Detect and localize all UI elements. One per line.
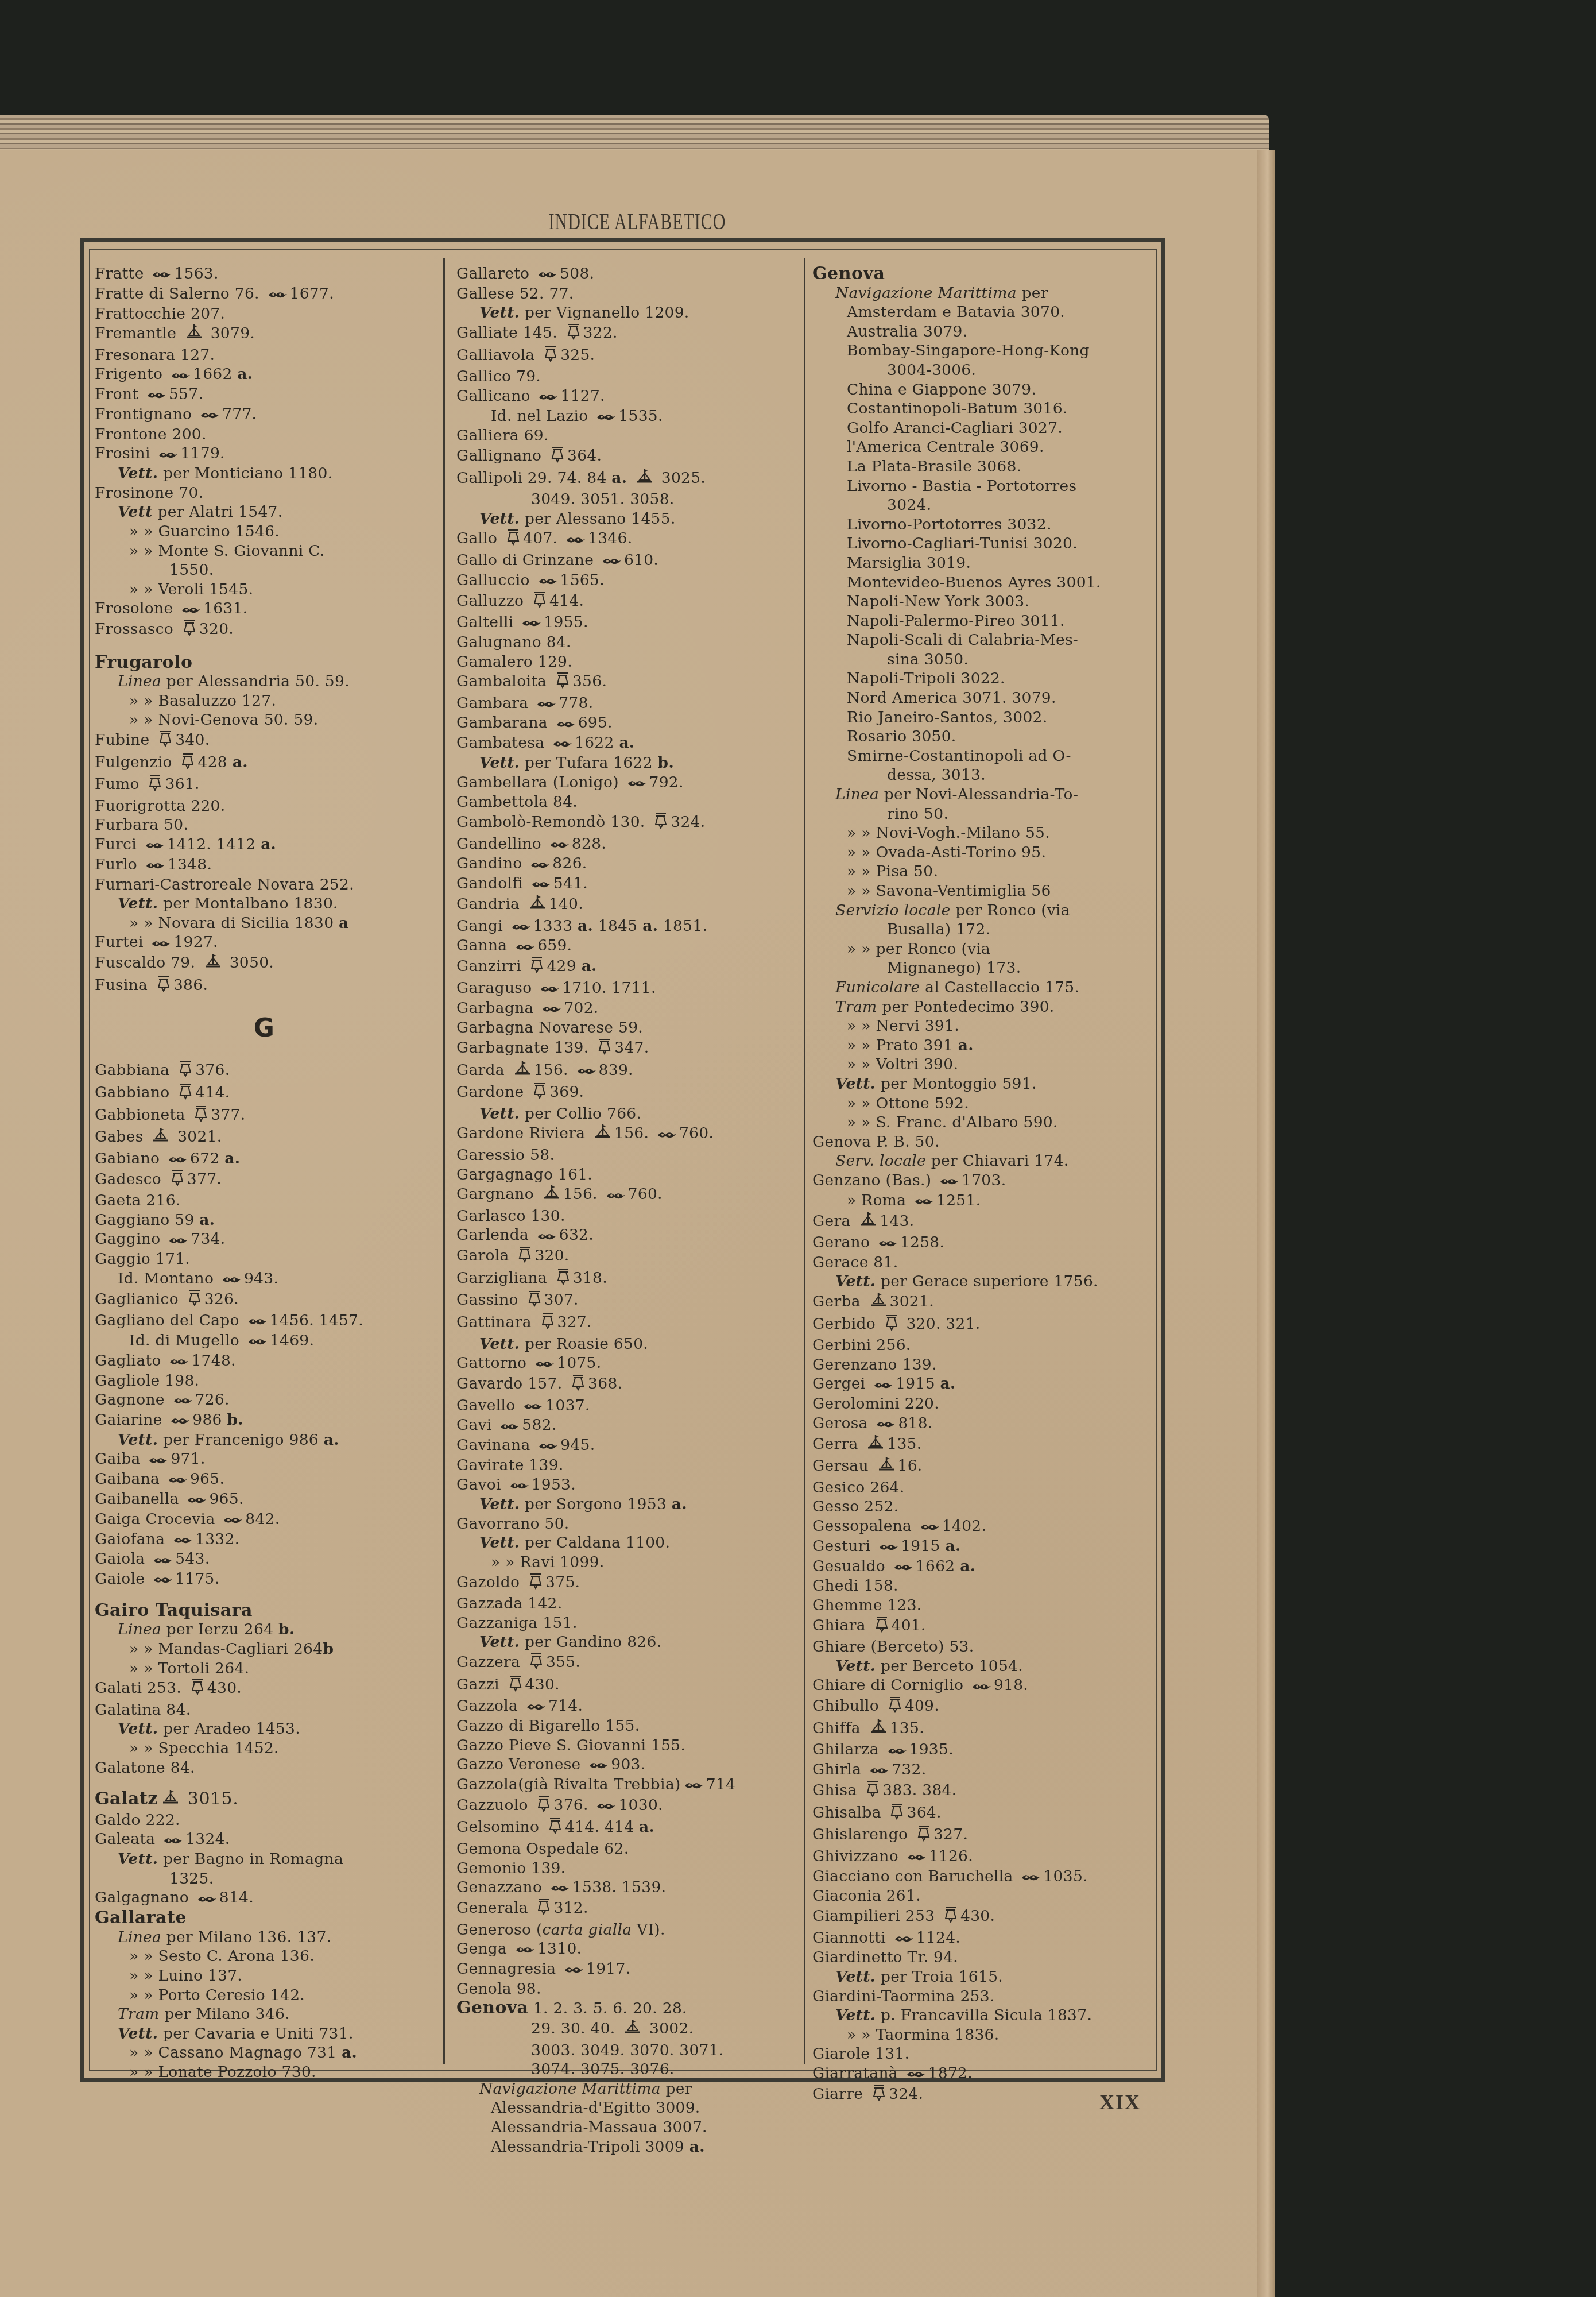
index-entry: Genova 1. 2. 3. 5. 6. 20. 28. — [456, 1998, 795, 2018]
entry-text: Smirne-Costantinopoli ad O- — [847, 747, 1071, 765]
entry-text: » » Voltri 390. — [847, 1055, 958, 1073]
index-subentry: » » Cassano Magnago 731 a. — [95, 2043, 433, 2063]
entry-text: Gattorno — [456, 1354, 532, 1372]
steamer-icon — [161, 1789, 180, 1811]
index-entry: Garzigliana 318. — [456, 1268, 795, 1290]
tram-icon — [170, 1169, 185, 1192]
index-entry: Gerolomini 220. — [812, 1394, 1151, 1414]
carriage-icon — [516, 1940, 535, 1959]
tram-icon — [653, 812, 668, 834]
entry-text: 1631. — [203, 600, 247, 617]
entry-text: per Gandino 826. — [520, 1633, 661, 1651]
index-entry: Gazoldo 375. — [456, 1572, 795, 1595]
tram-icon — [566, 323, 581, 345]
entry-text: Napoli-Palermo-Pireo 3011. — [847, 612, 1065, 630]
index-subentry: 1550. — [95, 560, 433, 580]
tram-icon — [178, 1082, 193, 1105]
index-entry: Garbagnate 139. 347. — [456, 1038, 795, 1060]
entry-text: 3024. — [887, 496, 931, 514]
carriage-icon — [248, 1332, 268, 1351]
entry-text: per Alessano 1455. — [520, 510, 675, 528]
entry-text: a. — [261, 836, 276, 853]
carriage-icon — [171, 366, 191, 385]
entry-text: a — [339, 914, 348, 932]
entry-text: Gallo — [456, 530, 502, 548]
steamer-icon — [877, 1456, 896, 1478]
entry-text: 324. — [889, 2085, 923, 2103]
entry-text: Frossasco — [95, 620, 179, 638]
entry-text: Galgagnano — [95, 1889, 194, 1907]
entry-text: Giaconia 261. — [812, 1887, 921, 1905]
index-entry: Gazzo Veronese 903. — [456, 1755, 795, 1775]
index-entry: Frossasco 320. — [95, 619, 433, 641]
entry-text: Gesturi — [812, 1537, 876, 1555]
tram-icon — [540, 1312, 555, 1335]
index-entry: Galeata 1324. — [95, 1830, 433, 1850]
index-entry: Furbara 50. — [95, 815, 433, 835]
entry-text: Frontignano — [95, 405, 197, 423]
entry-text: Gavirate 139. — [456, 1456, 564, 1474]
index-entry: Gazzola 714. — [456, 1696, 795, 1716]
entry-text: Galati 253. — [95, 1680, 187, 1697]
carriage-icon — [915, 1192, 934, 1211]
index-subentry: Navigazione Marittima per — [812, 284, 1151, 303]
entry-text: 1851. — [658, 917, 707, 935]
entry-text: 1332. — [195, 1530, 239, 1548]
index-entry: Gerenzano 139. — [812, 1355, 1151, 1375]
entry-text: 582. — [522, 1416, 556, 1434]
entry-text: Rio Janeiro-Santos, 3002. — [847, 709, 1047, 726]
entry-text: 347. — [614, 1039, 649, 1057]
carriage-icon — [526, 1697, 546, 1716]
entry-text: Ghirla — [812, 1761, 866, 1778]
entry-text: 839. — [599, 1061, 633, 1079]
index-entry: Genzano (Bas.) 1703. — [812, 1171, 1151, 1191]
entry-text: Id. nel Lazio — [491, 407, 593, 425]
entry-text: 778. — [559, 694, 593, 712]
entry-text: b — [323, 1640, 334, 1658]
entry-text: Garbagnate 139. — [456, 1039, 594, 1057]
entry-text: Gandolfi — [456, 875, 528, 892]
entry-text: 1. 2. 3. 5. 6. 20. 28. — [528, 2000, 687, 2017]
index-entry: Fulgenzio 428 a. — [95, 752, 433, 775]
index-subentry: » » Nervi 391. — [812, 1016, 1151, 1036]
entry-text: per Pontedecimo 390. — [877, 998, 1054, 1016]
entry-text: Galatz — [95, 1789, 158, 1809]
index-subentry: » » Specchia 1452. — [95, 1739, 433, 1758]
entry-text: 1348. — [168, 856, 212, 873]
index-subentry: Linea per Novi-Alessandria-To- — [812, 785, 1151, 805]
entry-text: » » Taormina 1836. — [847, 2026, 999, 2044]
index-entry: Gallicano 1127. — [456, 386, 795, 407]
entry-text: 1915 — [896, 1375, 940, 1393]
entry-text: 1412. 1412 — [167, 836, 261, 853]
entry-text: Vett. — [118, 1431, 158, 1449]
entry-text: 1662 — [193, 365, 237, 383]
index-subentry: 3003. 3049. 3070. 3071. — [456, 2041, 795, 2060]
entry-text: » » Ottone 592. — [847, 1095, 969, 1112]
index-entry: Garola 320. — [456, 1246, 795, 1268]
entry-text: carta gialla — [543, 1921, 632, 1939]
entry-text: Fuorigrotta 220. — [95, 797, 225, 815]
carriage-icon — [147, 385, 166, 405]
entry-text: 672 — [190, 1150, 224, 1167]
entry-text: Generala — [456, 1899, 533, 1917]
index-entry: Gennagresia 1917. — [456, 1959, 795, 1979]
entry-text: » » per Ronco (via — [847, 940, 990, 958]
tram-icon — [543, 345, 558, 368]
index-entry: Gazzola(già Rivalta Trebbia)714 — [456, 1775, 795, 1795]
entry-text: Tram — [835, 998, 877, 1016]
index-subentry: Vett. per Sorgono 1953 a. — [456, 1495, 795, 1514]
index-subentry: Mignanego) 173. — [812, 958, 1151, 978]
index-entry: Galtelli 1955. — [456, 613, 795, 633]
entry-text: Fulgenzio — [95, 753, 177, 771]
entry-text: Gazzera — [456, 1653, 525, 1671]
steamer-icon — [869, 1718, 888, 1741]
carriage-icon — [158, 445, 178, 465]
index-entry: Fumo 361. — [95, 774, 433, 796]
index-subentry: Linea per Ierzu 264 b. — [95, 1620, 433, 1639]
entry-text: Livorno-Cagliari-Tunisi 3020. — [847, 535, 1078, 552]
entry-text: sina 3050. — [887, 651, 969, 668]
index-entry: Frattocchie 207. — [95, 304, 433, 324]
entry-text: 971. — [171, 1450, 205, 1468]
entry-text: 760. — [628, 1185, 663, 1203]
index-entry: Giardini-Taormina 253. — [812, 1987, 1151, 2006]
entry-text: Gaiga Crocevia — [95, 1510, 220, 1528]
tram-icon — [597, 1038, 612, 1060]
index-heading: Gallarate — [95, 1908, 433, 1928]
index-subentry: » » Sesto C. Arona 136. — [95, 1947, 433, 1966]
entry-text: » » Tortoli 264. — [129, 1660, 249, 1677]
index-entry: Fubine 340. — [95, 730, 433, 752]
entry-text: Gabes — [95, 1128, 148, 1146]
index-entry: Galatone 84. — [95, 1758, 433, 1778]
column-rule — [443, 258, 445, 2064]
index-entry: Frosini 1179. — [95, 444, 433, 464]
entry-text: a. — [619, 734, 634, 752]
entry-text: Fumo — [95, 776, 144, 794]
index-entry: Gazzera 355. — [456, 1652, 795, 1675]
index-entry: Gazzada 142. — [456, 1594, 795, 1614]
entry-text: 1037. — [545, 1397, 590, 1414]
index-subentry: 3004-3006. — [812, 361, 1151, 380]
entry-text: Gersau — [812, 1457, 874, 1475]
index-subentry: Vett. p. Francavilla Sicula 1837. — [812, 2006, 1151, 2025]
entry-text: Genga — [456, 1940, 512, 1958]
entry-text: a. — [946, 1537, 961, 1555]
index-entry: Galdo 222. — [95, 1811, 433, 1830]
entry-text: Generoso ( — [456, 1921, 543, 1939]
carriage-icon — [596, 407, 616, 427]
entry-text: 557. — [169, 385, 203, 403]
entry-text: Fuscaldo 79. — [95, 954, 200, 972]
entry-text: per Berceto 1054. — [876, 1657, 1023, 1675]
tram-icon — [888, 1696, 902, 1718]
entry-text: Front — [95, 385, 144, 403]
index-subentry: 3074. 3075. 3076. — [456, 2060, 795, 2079]
entry-text: 3074. 3075. 3076. — [531, 2060, 675, 2078]
entry-text: Gazzola — [456, 1697, 523, 1715]
entry-text: » » Savona-Ventimiglia 56 — [847, 882, 1051, 900]
index-subentry: Vett. per Gerace superiore 1756. — [812, 1272, 1151, 1291]
carriage-icon — [512, 917, 531, 937]
index-subentry: » » Voltri 390. — [812, 1055, 1151, 1074]
index-subentry: Vett. per Bagno in Romagna — [95, 1850, 433, 1869]
entry-text: 318. — [573, 1269, 607, 1287]
entry-text: 918. — [994, 1676, 1028, 1694]
index-entry: Gaiofana 1332. — [95, 1530, 433, 1550]
carriage-icon — [1021, 1867, 1041, 1887]
entry-text: Galliate 145. — [456, 324, 563, 342]
entry-text: Ghilarza — [812, 1741, 884, 1758]
entry-text: » » Ravi 1099. — [491, 1553, 605, 1571]
entry-text: a. — [672, 1495, 687, 1513]
entry-text: Montevideo-Buenos Ayres 3001. — [847, 574, 1101, 591]
entry-text: Vett. — [835, 1657, 876, 1675]
entry-text: 702. — [564, 999, 598, 1017]
carriage-icon — [153, 1550, 173, 1570]
entry-text: Gallico 79. — [456, 368, 541, 385]
entry-text: 320. — [199, 620, 234, 638]
index-entry: Gesso 252. — [812, 1497, 1151, 1517]
entry-text: 1469. — [270, 1332, 314, 1349]
index-subentry: » » Taormina 1836. — [812, 2025, 1151, 2045]
entry-text: Gairo Taquisara — [95, 1600, 253, 1621]
entry-text: Vett. — [479, 1633, 520, 1651]
entry-text: Gardone — [456, 1084, 529, 1101]
index-entry: Garbagna 702. — [456, 999, 795, 1019]
entry-text: Ghiare (Berceto) 53. — [812, 1638, 974, 1656]
entry-text: Alessandria-d'Egitto 3009. — [491, 2099, 700, 2117]
entry-text: per Roasie 650. — [520, 1335, 648, 1353]
index-subentry: Linea per Alessandria 50. 59. — [95, 672, 433, 691]
carriage-icon — [145, 836, 165, 855]
entry-text: Navigazione Marittima — [835, 284, 1017, 302]
index-entry: Furlo 1348. — [95, 855, 433, 875]
entry-text: 1538. 1539. — [572, 1878, 666, 1896]
entry-text: per Tufara 1622 — [520, 754, 657, 772]
index-entry: Gaiole 1175. — [95, 1569, 433, 1590]
carriage-icon — [152, 265, 172, 284]
index-subentry: Navigazione Marittima per — [456, 2079, 795, 2099]
index-subentry: » » Novi-Vogh.-Milano 55. — [812, 823, 1151, 843]
entry-text: Gabbiana — [95, 1062, 175, 1080]
index-entry: Gazzo di Bigarello 155. — [456, 1716, 795, 1736]
entry-text: per Novi-Alessandria-To- — [879, 786, 1078, 803]
index-entry: Genga 1310. — [456, 1939, 795, 1959]
carriage-icon — [248, 1312, 268, 1331]
carriage-icon — [540, 979, 560, 999]
index-entry: Giacciano con Baruchella 1035. — [812, 1867, 1151, 1887]
entry-text: 714 — [706, 1776, 735, 1793]
entry-text: Napoli-New York 3003. — [847, 593, 1029, 610]
tram-icon — [508, 1675, 523, 1697]
index-entry: Frosinone 70. — [95, 484, 433, 503]
entry-text: » » Monte S. Giovanni C. — [129, 542, 325, 560]
entry-text: Tram — [118, 2005, 159, 2023]
entry-text: » » Prato 391 — [847, 1037, 958, 1054]
tram-icon — [536, 1898, 551, 1920]
index-entry: Gaibana 965. — [95, 1470, 433, 1490]
index-entry: Gandria 140. — [456, 894, 795, 917]
entry-text: per Francenigo 986 — [158, 1431, 324, 1449]
entry-text: Linea — [835, 786, 879, 803]
entry-text: per Caldana 1100. — [520, 1534, 670, 1552]
index-subentry: » » Novi-Genova 50. 59. — [95, 710, 433, 730]
entry-text: 3079. — [206, 324, 255, 342]
entry-text: Gambaloita — [456, 672, 552, 690]
carriage-icon — [537, 694, 556, 714]
entry-text: Gazzola(già Rivalta Trebbia) — [456, 1776, 681, 1793]
index-entry: Fratte di Salerno 76. 1677. — [95, 284, 433, 304]
entry-text: 322. — [583, 324, 618, 342]
tram-icon — [158, 730, 173, 752]
entry-text: 1935. — [909, 1741, 954, 1758]
entry-text: Gazoldo — [456, 1573, 525, 1591]
index-entry: Giannotti 1124. — [812, 1928, 1151, 1948]
entry-text: per Chiavari 174. — [926, 1152, 1069, 1170]
index-entry: Gelsomino 414. 414 a. — [456, 1817, 795, 1839]
index-entry: Frontignano 777. — [95, 405, 433, 425]
entry-text: Galatina 84. — [95, 1701, 191, 1719]
entry-text: Funicolare — [835, 979, 920, 996]
index-entry: Gabbiano 414. — [95, 1082, 433, 1105]
entry-text: 377. — [211, 1106, 245, 1124]
entry-text: 1535. — [618, 407, 663, 425]
entry-text: Fusina — [95, 976, 153, 994]
index-entry: Galliavola 325. — [456, 345, 795, 368]
index-subentry: 1325. — [95, 1869, 433, 1889]
index-subentry: Rosario 3050. — [812, 727, 1151, 747]
entry-text: 1126. — [929, 1847, 973, 1865]
entry-text: 726. — [195, 1391, 230, 1409]
entry-text: per Collio 766. — [520, 1105, 641, 1123]
entry-text: Gavello — [456, 1397, 520, 1414]
entry-text: Fresonara 127. — [95, 346, 215, 364]
index-entry: Gagliato 1748. — [95, 1351, 433, 1371]
entry-text: 818. — [898, 1414, 932, 1432]
entry-text: Gerosa — [812, 1414, 873, 1432]
carriage-icon — [894, 1557, 913, 1577]
entry-text: 732. — [892, 1761, 926, 1778]
entry-text: 140. — [549, 895, 583, 913]
entry-text: 3021. — [172, 1128, 222, 1146]
entry-text: 1917. — [586, 1960, 630, 1978]
index-entry: Gerba 3021. — [812, 1291, 1151, 1314]
index-entry: Furtei 1927. — [95, 933, 433, 953]
entry-text: Vett. — [479, 1495, 520, 1513]
entry-text: La Plata-Brasile 3068. — [847, 458, 1021, 475]
entry-text: 826. — [552, 854, 587, 872]
entry-text: Garaguso — [456, 979, 537, 997]
entry-text: per Alessandria 50. 59. — [161, 672, 350, 690]
entry-text: Frontone 200. — [95, 426, 207, 443]
entry-text: 1677. — [290, 285, 334, 303]
entry-text: per Troia 1615. — [876, 1968, 1003, 1986]
index-entry: Garessio 58. — [456, 1146, 795, 1165]
carriage-icon — [876, 1414, 896, 1434]
carriage-icon — [920, 1517, 940, 1537]
entry-text: Vett — [118, 503, 153, 521]
carriage-icon — [539, 571, 558, 591]
carriage-icon — [197, 1889, 217, 1909]
entry-text: Galugnano 84. — [456, 633, 571, 651]
index-subentry: China e Giappone 3079. — [812, 380, 1151, 400]
entry-text: p. Francavilla Sicula 1837. — [876, 2006, 1092, 2024]
entry-text: » » Novi-Vogh.-Milano 55. — [847, 824, 1050, 842]
index-entry: Gemona Ospedale 62. — [456, 1839, 795, 1859]
tram-icon — [943, 1906, 958, 1928]
entry-text: 340. — [175, 731, 210, 749]
entry-text: 355. — [546, 1653, 580, 1671]
carriage-icon — [940, 1171, 959, 1191]
entry-text: Gallareto — [456, 265, 534, 283]
entry-text: 1748. — [191, 1352, 235, 1370]
entry-text: Gazzuolo — [456, 1796, 533, 1814]
entry-text: » » Cassano Magnago 731 — [129, 2044, 342, 2062]
spacer — [95, 641, 433, 653]
tram-icon — [889, 1803, 904, 1825]
index-subentry: » » Novara di Sicilia 1830 a — [95, 914, 433, 933]
carriage-icon — [149, 1451, 168, 1470]
entry-text: Gerano — [812, 1233, 875, 1251]
index-entry: Gerbini 256. — [812, 1336, 1151, 1355]
entry-text: Gaiba — [95, 1450, 145, 1468]
carriage-icon — [874, 1375, 893, 1395]
carriage-icon — [181, 600, 201, 620]
tram-icon — [556, 1268, 571, 1290]
entry-text: 1550. — [169, 561, 214, 579]
entry-text: Gabbioneta — [95, 1106, 190, 1124]
entry-text: 1915 — [901, 1537, 945, 1555]
index-entry: Genola 98. — [456, 1979, 795, 1999]
section-letter: G — [95, 997, 433, 1060]
carriage-icon — [870, 1761, 889, 1780]
index-subentry: Alessandria-Tripoli 3009 a. — [456, 2137, 795, 2157]
entry-text: Livorno-Portotorres 3032. — [847, 516, 1052, 533]
steamer-icon — [528, 894, 547, 917]
index-entry: Gallo 407. 1346. — [456, 528, 795, 551]
entry-text: » » Veroli 1545. — [129, 581, 253, 598]
entry-text: Gazzo di Bigarello 155. — [456, 1717, 640, 1735]
entry-text: Genova — [456, 1998, 528, 2018]
entry-text: Gemonio 139. — [456, 1859, 565, 1877]
index-entry: Gallo di Grinzane 610. — [456, 551, 795, 571]
index-subentry: Vett. per Caldana 1100. — [456, 1533, 795, 1553]
entry-text: Ghiffa — [812, 1719, 866, 1737]
index-entry: Gaiarine 986 b. — [95, 1410, 433, 1430]
index-entry: Gaggino 734. — [95, 1229, 433, 1250]
index-subentry: Vett per Alatri 1547. — [95, 502, 433, 522]
index-entry: Fremantle 3079. — [95, 323, 433, 346]
index-entry: Ghislarengo 327. — [812, 1824, 1151, 1847]
entry-text: Gazzi — [456, 1676, 505, 1693]
entry-text: per Ierzu 264 — [161, 1621, 278, 1638]
index-entry: Gaeta 216. — [95, 1191, 433, 1211]
index-entry: Gabbioneta 377. — [95, 1105, 433, 1127]
entry-text: Gemona Ospedale 62. — [456, 1840, 629, 1858]
entry-text: per — [661, 2080, 692, 2098]
carriage-icon — [551, 1878, 570, 1898]
entry-text: Fratte — [95, 265, 149, 283]
entry-text: Gerolomini 220. — [812, 1395, 939, 1413]
carriage-icon — [589, 1755, 609, 1775]
index-subentry: Tram per Pontedecimo 390. — [812, 997, 1151, 1017]
entry-text: 428 — [197, 753, 232, 771]
index-entry: Gavello 1037. — [456, 1396, 795, 1416]
